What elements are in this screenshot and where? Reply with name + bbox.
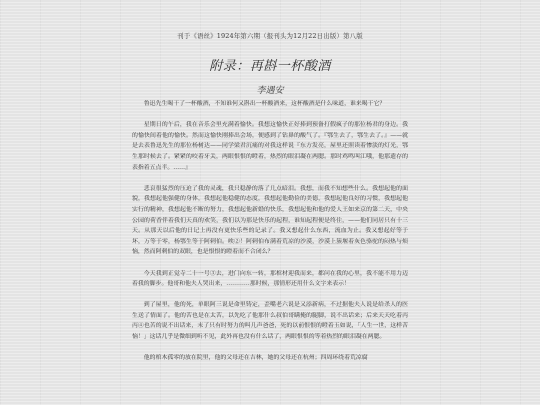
page-title: 附录：再斟一杯酸酒 [0,55,540,74]
paragraph: 悲哀很猛烈的压迫了我的灵魂，我只稳静的落了几点暗泪。我想，而我不知想些什么。我想… [132,184,408,258]
paragraph: 他的棺木孤零的放在院里，他的父母还在吉林，她的父母还在杭州；四周环绕着荒凉腐 [132,353,408,364]
document-page: 刊于《语丝》1924年第六期（报刊头为12月22日出版）第八版 附录：再斟一杯酸… [0,0,540,405]
paragraph: 今天我到正觉寺二十一号③去，进门向东一转，那棺材迎我而来，都问在我的心里，我不能… [132,269,408,290]
paragraph: 星期日的午后，我在音乐会里充满着愉快。我想这愉快正好捧到预备打假疯子的那位杨君的… [132,120,408,173]
article-body: 鲁迅先生喝干了一杯酸酒，不知谁何又斟出一杯酸酒来，这杯酸酒是什么味道，谁来喝干它… [132,99,408,374]
paragraph: 鲁迅先生喝干了一杯酸酒，不知谁何又斟出一杯酸酒来，这杯酸酒是什么味道，谁来喝干它… [132,99,408,110]
paragraph: 到了屋里，他的死，单眼阿三说是命里铸定，歪嘴老六说是又添新病，不过据他夫人说是给… [132,300,408,342]
publication-source: 刊于《语丝》1924年第六期（报刊头为12月22日出版）第八版 [0,31,540,40]
author-name: 李遇安 [0,83,540,96]
